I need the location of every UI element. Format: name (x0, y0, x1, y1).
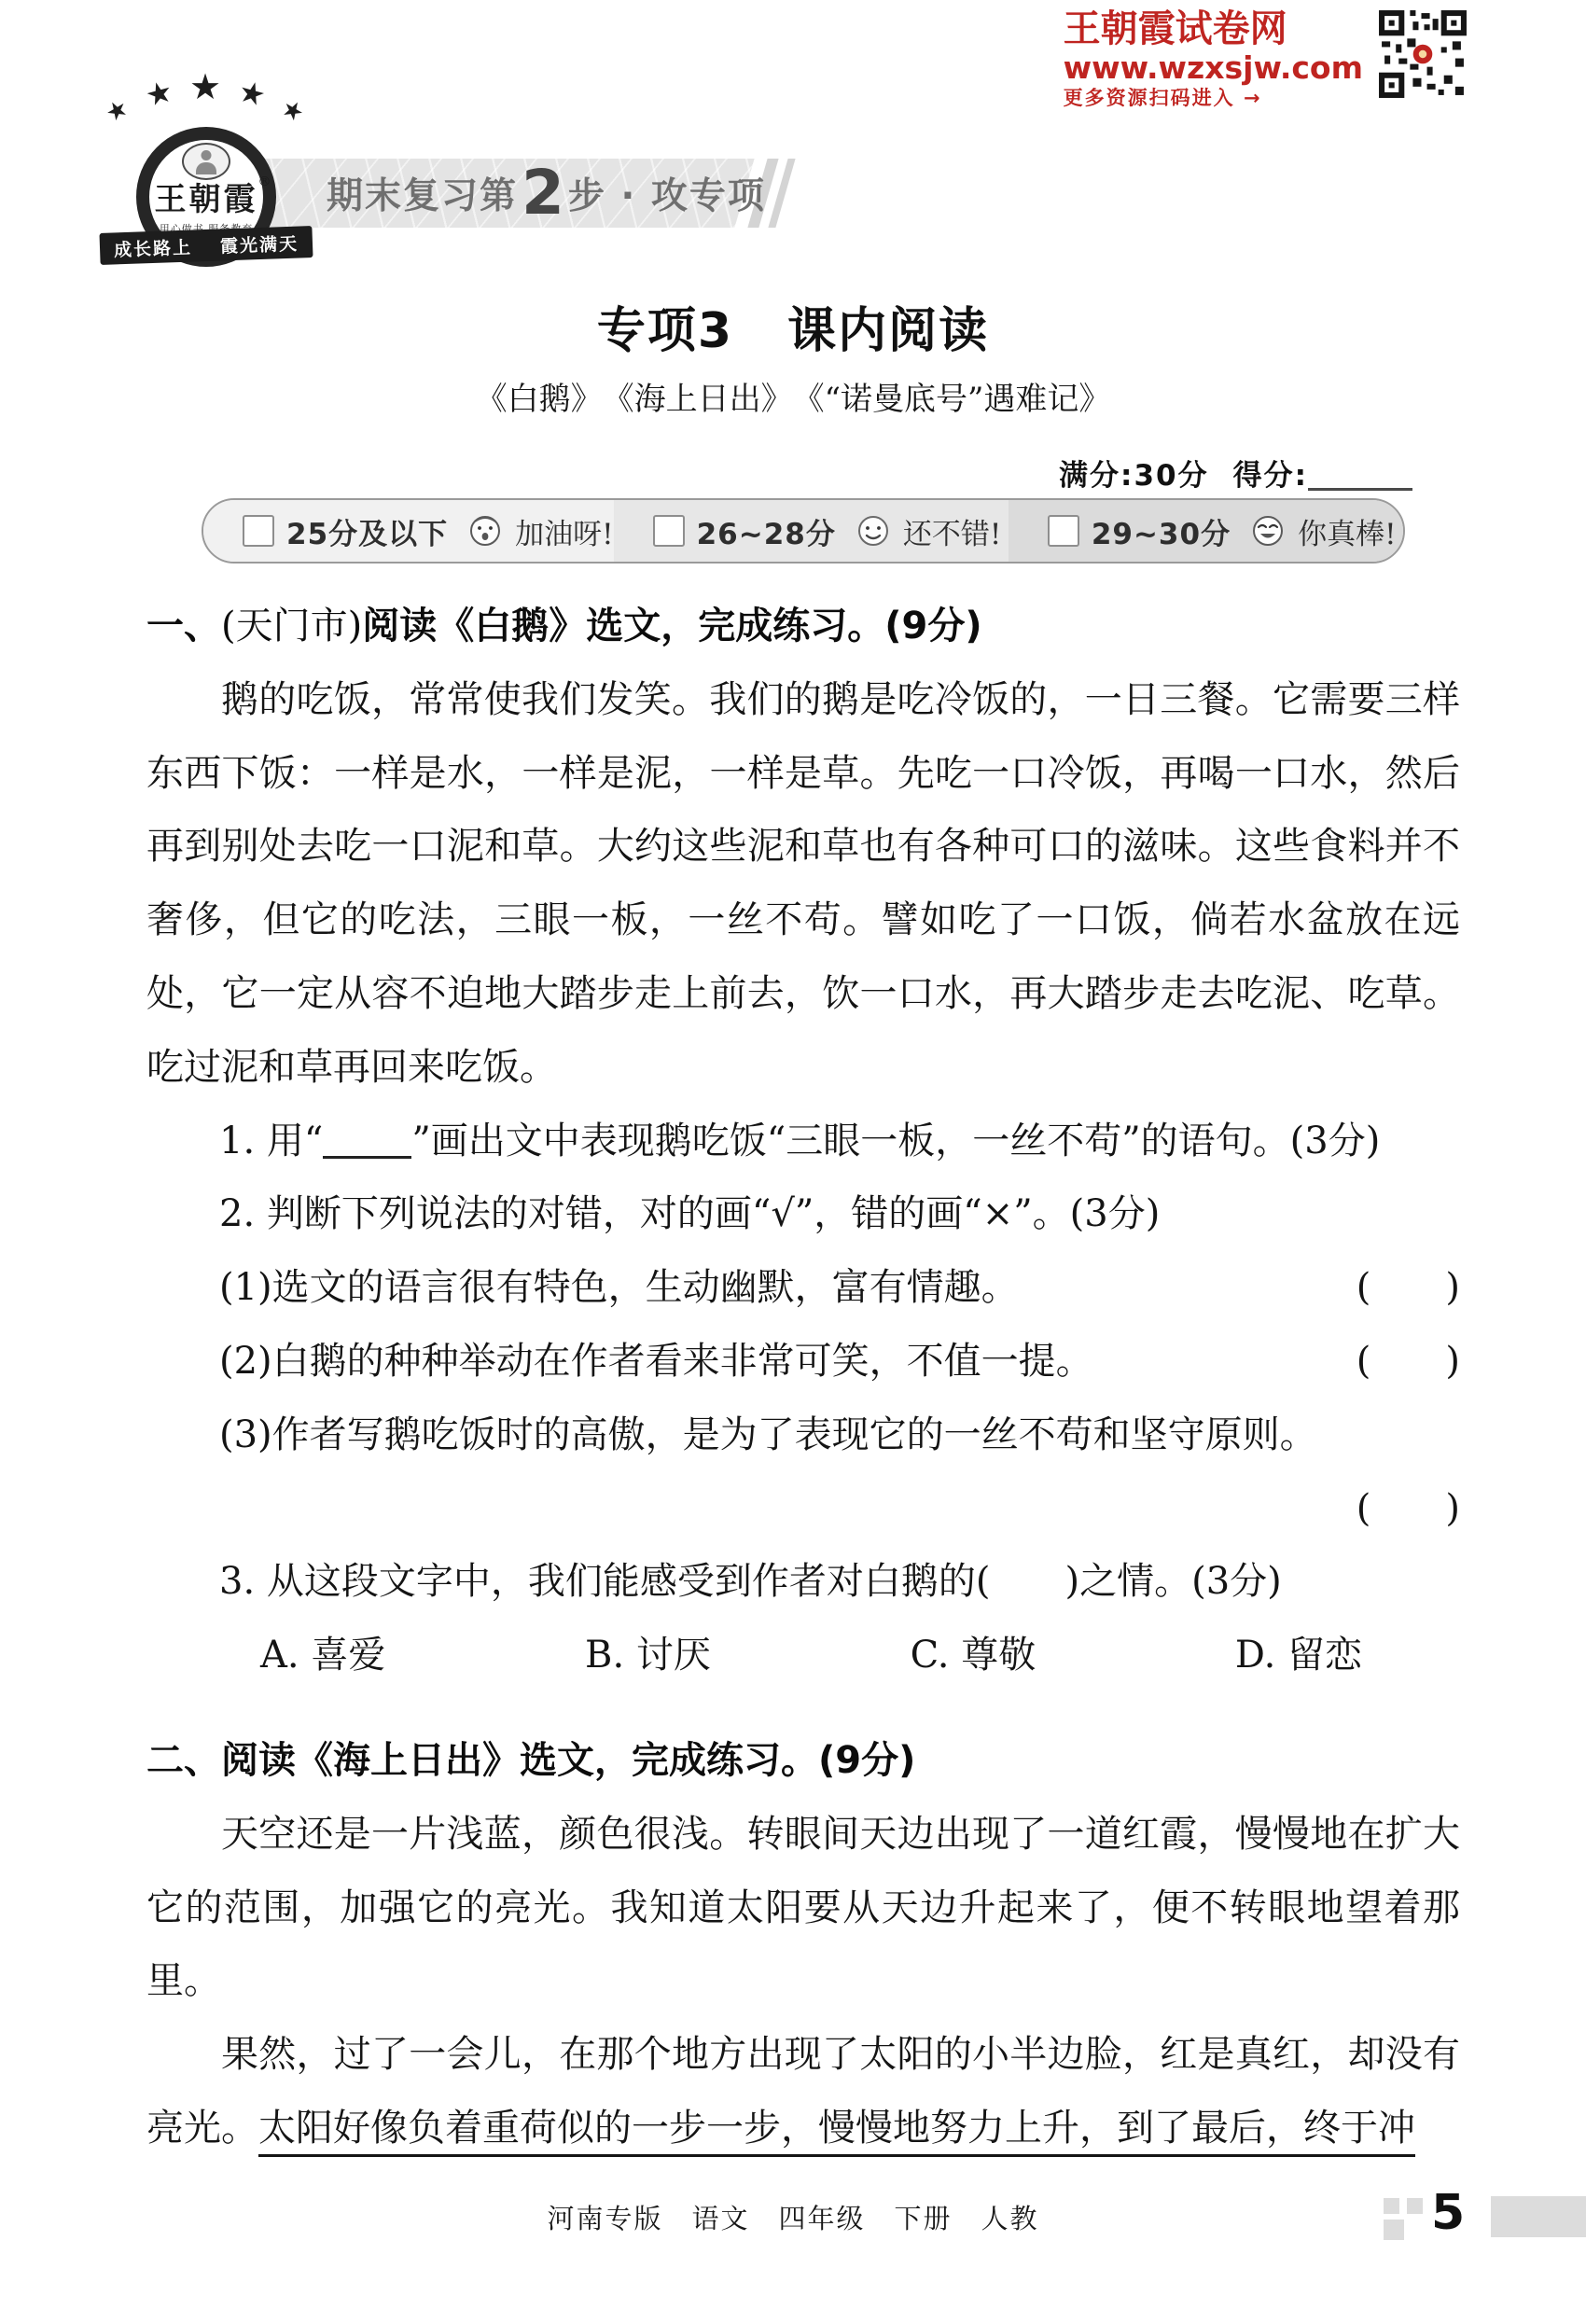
score-band-mid: 26~28分 还不错! (614, 500, 1009, 562)
face-great-icon (1250, 513, 1286, 549)
header-bar-step-number: 2 (522, 162, 564, 224)
page-title-number: 专项3 (597, 303, 733, 359)
page-subtitle: 《白鹅》 《海上日出》 《“诺曼底号”遇难记》 (0, 373, 1586, 419)
judge-text: (1)选文的语言很有特色，生动幽默，富有情趣。 (219, 1251, 1019, 1325)
judge-item-3-bracket-row: ( ) (146, 1472, 1460, 1546)
answer-bracket[interactable]: ( ) (1356, 1487, 1460, 1530)
question-1: 1. 用“”画出文中表现鹅吃饭“三眼一板，一丝不苟”的语句。(3分) (219, 1105, 1460, 1178)
footer-deco-square (1384, 2220, 1404, 2240)
option-a: A. 喜爱 (260, 1619, 385, 1692)
page-title: 专项3 课内阅读 (0, 291, 1586, 361)
score-band-low: 25分及以下 加油呀! (203, 500, 614, 562)
star-icon: ★ (235, 76, 269, 111)
judge-item-1: (1)选文的语言很有特色，生动幽默，富有情趣。 ( ) (146, 1251, 1460, 1325)
underlined-text: 太阳好像负着重荷似的一步一步，慢慢地努力上升，到了最后，终于冲 (258, 2107, 1415, 2150)
page-title-text: 课内阅读 (787, 303, 989, 359)
option-b: B. 讨厌 (585, 1619, 711, 1692)
star-icon: ★ (189, 69, 221, 104)
passage-sunrise-p1: 天空还是一片浅蓝，颜色很浅。转眼间天边出现了一道红霞，慢慢地在扩大它的范围，加强… (146, 1798, 1460, 2018)
page-number: 5 (1431, 2185, 1465, 2241)
section-heading-text: 阅读《海上日出》选文，完成练习。(9分) (221, 1739, 915, 1782)
site-more-line: 更多资源扫码进入 → (1064, 87, 1262, 110)
judge-item-3: (3)作者写鹅吃饭时的高傲，是为了表现它的一丝不苟和坚守原则。 (146, 1399, 1460, 1472)
score-checkbox-low[interactable] (243, 515, 274, 547)
question-3: 3. 从这段文字中，我们能感受到作者对白鹅的( )之情。(3分) (219, 1545, 1460, 1619)
footer-deco-square (1384, 2198, 1399, 2214)
qr-code-icon (1376, 7, 1469, 101)
site-url: www.wzxsjw.com (1064, 50, 1363, 85)
score-band: 25分及以下 加油呀! 26~28分 还不错! 29~30分 (202, 498, 1405, 564)
judge-item-2: (2)白鹅的种种举动在作者看来非常可笑，不值一提。 ( ) (146, 1325, 1460, 1399)
ribbon-text-right: 霞光满天 (220, 230, 299, 257)
score-blank[interactable] (1308, 454, 1412, 491)
site-name: 王朝霞试卷网 (1064, 7, 1287, 50)
score-band-high: 29~30分 你真棒! (1009, 500, 1403, 562)
earned-score-label: 得分: (1233, 452, 1412, 494)
question-1-prefix: 1. 用“ (219, 1120, 323, 1162)
page-number-bar (1491, 2196, 1586, 2237)
worksheet-page: 王朝霞试卷网 www.wzxsjw.com 更多资源扫码进入 → (0, 0, 1586, 2324)
header-bar-suffix: 步 · 攻专项 (568, 167, 766, 219)
passage-goose: 鹅的吃饭，常常使我们发笑。我们的鹅是吃冷饭的，一日三餐。它需要三样东西下饭：一样… (146, 663, 1460, 1105)
score-line: 满分:30分 得分: (1059, 452, 1412, 494)
footer-deco-square (1407, 2198, 1423, 2214)
face-ok-icon (856, 513, 891, 549)
registered-mark: ® (258, 174, 274, 190)
edition-line: 河南专版 语文 四年级 下册 人教 (0, 2198, 1586, 2236)
header-bar-prefix: 期末复习第 (327, 167, 518, 219)
worksheet-content: 一、(天门市)阅读《白鹅》选文，完成练习。(9分) 鹅的吃饭，常常使我们发笑。我… (146, 590, 1460, 2165)
passage-sunrise-p2: 果然，过了一会儿，在那个地方出现了太阳的小半边脸，红是真红，却没有亮光。太阳好像… (146, 2018, 1460, 2165)
judge-text: (3)作者写鹅吃饭时的高傲，是为了表现它的一丝不苟和坚守原则。 (219, 1399, 1317, 1472)
answer-bracket[interactable]: ( ) (1356, 1325, 1460, 1399)
full-score-label: 满分:30分 (1059, 452, 1209, 494)
answer-bracket[interactable]: ( ) (1356, 1251, 1460, 1325)
brand-badge: ★ ★ ★ ★ ★ 王朝霞® 用心做书 服务教育 成长路上 霞光满天 (103, 69, 310, 282)
score-range-label: 25分及以下 (286, 510, 448, 552)
choice-options: A. 喜爱 B. 讨厌 C. 尊敬 D. 留恋 (260, 1619, 1362, 1692)
question-1-suffix: ”画出文中表现鹅吃饭“三眼一板，一丝不苟”的语句。(3分) (411, 1120, 1380, 1162)
badge-ribbon: 成长路上 霞光满天 (99, 226, 313, 265)
question-source: (天门市) (221, 605, 362, 647)
answer-blank[interactable] (323, 1119, 411, 1159)
section-number: 二、 (146, 1739, 221, 1782)
badge-brand-name: 王朝霞® (155, 181, 258, 219)
score-remark-label: 加油呀! (515, 510, 613, 552)
question-2: 2. 判断下列说法的对错，对的画“√”，错的画“×”。(3分) (219, 1177, 1460, 1251)
ribbon-text-left: 成长路上 (114, 233, 193, 261)
portrait-photo (182, 143, 230, 180)
score-checkbox-mid[interactable] (653, 515, 685, 547)
site-logo: 王朝霞试卷网 www.wzxsjw.com 更多资源扫码进入 → (1064, 7, 1469, 110)
section-one-heading: 一、(天门市)阅读《白鹅》选文，完成练习。(9分) (146, 590, 1460, 663)
option-c: C. 尊敬 (911, 1619, 1036, 1692)
score-checkbox-high[interactable] (1048, 515, 1079, 547)
site-logo-text: 王朝霞试卷网 www.wzxsjw.com 更多资源扫码进入 → (1064, 7, 1363, 110)
face-cheer-icon (467, 513, 503, 549)
judge-text: (2)白鹅的种种举动在作者看来非常可笑，不值一提。 (219, 1325, 1093, 1399)
score-range-label: 29~30分 (1092, 510, 1231, 552)
star-icon: ★ (102, 95, 132, 127)
star-icon: ★ (142, 76, 175, 111)
score-remark-label: 还不错! (903, 510, 1001, 552)
star-icon: ★ (277, 95, 308, 127)
section-number: 一、 (146, 605, 221, 647)
score-remark-label: 你真棒! (1298, 510, 1396, 552)
option-d: D. 留恋 (1235, 1619, 1362, 1692)
section-heading-text: 阅读《白鹅》选文，完成练习。(9分) (362, 605, 981, 647)
section-two-heading: 二、阅读《海上日出》选文，完成练习。(9分) (146, 1724, 1460, 1798)
score-range-label: 26~28分 (697, 510, 836, 552)
